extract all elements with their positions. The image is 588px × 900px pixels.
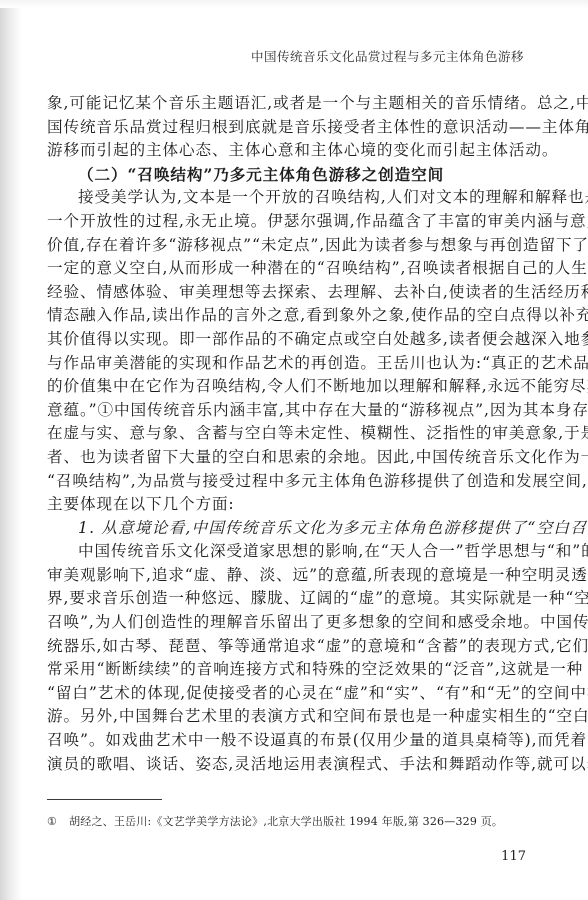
body-line: 与作品审美潜能的实现和作品艺术的再创造。王岳川也认为:“真正的艺术品: [47, 352, 525, 376]
footnote: ①胡经之、王岳川:《文艺学美学方法论》,北京大学出版社 1994 年版,第 32…: [47, 813, 503, 829]
subsection-heading: 1. 从意境论看,中国传统音乐文化为多元主体角色游移提供了“空白召唤”: [47, 517, 525, 541]
body-line: 情态融入作品,读出作品的言外之意,看到象外之象,使作品的空白点得以补充,: [47, 304, 525, 328]
body-line-with-footnote-ref: 意蕴。”①中国传统音乐内涵丰富,其中存在大量的“游移视点”,因为其本身存: [47, 399, 525, 423]
body-line: 游移而引起的主体心态、主体心意和主体心境的变化而引起主体活动。: [47, 139, 525, 163]
body-line: 经验、情感体验、审美理想等去探索、去理解、去补白,使读者的生活经历和生命: [47, 281, 525, 305]
page-number: 117: [501, 849, 526, 864]
body-line: “留白”艺术的体现,促使接受者的心灵在“虚”和“实”、“有”和“无”的空间中神: [47, 682, 525, 706]
body-line: 主要体现在以下几个方面:: [47, 493, 525, 517]
body-line: 常采用“断断续续”的音响连接方式和特殊的空泛效果的“泛音”,这就是一种: [47, 658, 525, 682]
page-top-shadow: [0, 0, 588, 8]
body-line: 价值,存在着许多“游移视点”“未定点”,因此为读者参与想象与再创造留下了: [47, 234, 525, 258]
body-line: 召唤”,为人们创造性的理解音乐留出了更多想象的空间和感受余地。中国传: [47, 611, 525, 635]
body-text: 象,可能记忆某个音乐主题语汇,或者是一个与主题相关的音乐情绪。总之,中 国传统音…: [47, 92, 525, 776]
body-line: 游。另外,中国舞台艺术里的表演方式和空间布景也是一种虚实相生的“空白: [47, 705, 525, 729]
body-line: 演员的歌唱、谈话、姿态,灵活地运用表演程式、手法和舞蹈动作等,就可以表现: [47, 753, 525, 777]
body-line: 召唤”。如戏曲艺术中一般不设逼真的布景(仅用少量的道具桌椅等),而凭着: [47, 729, 525, 753]
body-line: 其价值得以实现。即一部作品的不确定点或空白处越多,读者便会越深入地参: [47, 328, 525, 352]
body-line: 的价值集中在它作为召唤结构,令人们不断地加以理解和解释,永远不能穷尽其: [47, 375, 525, 399]
body-line: 统器乐,如古琴、琵琶、筝等通常追求“虚”的意境和“含蓄”的表现方式,它们常: [47, 635, 525, 659]
body-line: 者、也为读者留下大量的空白和思索的余地。因此,中国传统音乐文化作为一种: [47, 446, 525, 470]
paragraph-first-line: 接受美学认为,文本是一个开放的召唤结构,人们对文本的理解和解释也是: [47, 186, 525, 210]
footnote-text: 胡经之、王岳川:《文艺学美学方法论》,北京大学出版社 1994 年版,第 326…: [69, 815, 503, 828]
body-line: 国传统音乐品赏过程归根到底就是音乐接受者主体性的意识活动——主体角色: [47, 116, 525, 140]
section-heading: （二）“召唤结构”乃多元主体角色游移之创造空间: [47, 163, 525, 187]
body-line: 界,要求音乐创造一种悠远、朦胧、辽阔的“虚”的意境。其实际就是一种“空白: [47, 587, 525, 611]
running-header: 中国传统音乐文化品赏过程与多元主体角色游移: [251, 47, 524, 65]
footnote-mark: ①: [47, 815, 57, 828]
page-edge-shadow: [0, 0, 22, 900]
footnote-divider: [47, 799, 162, 800]
body-line: “召唤结构”,为品赏与接受过程中多元主体角色游移提供了创造和发展空间,: [47, 470, 525, 494]
paragraph-first-line: 中国传统音乐文化深受道家思想的影响,在“天人合一”哲学思想与“和”的: [47, 540, 525, 564]
body-line: 一定的意义空白,从而形成一种潜在的“召唤结构”,召唤读者根据自己的人生: [47, 257, 525, 281]
body-line: 审美观影响下,追求“虚、静、淡、远”的意蕴,所表现的意境是一种空明灵透的境: [47, 564, 525, 588]
body-line: 一个开放性的过程,永无止境。伊瑟尔强调,作品蕴含了丰富的审美内涵与意义: [47, 210, 525, 234]
body-line: 在虚与实、意与象、含蓄与空白等未定性、模糊性、泛指性的审美意象,于是为作: [47, 422, 525, 446]
body-line: 象,可能记忆某个音乐主题语汇,或者是一个与主题相关的音乐情绪。总之,中: [47, 92, 525, 116]
